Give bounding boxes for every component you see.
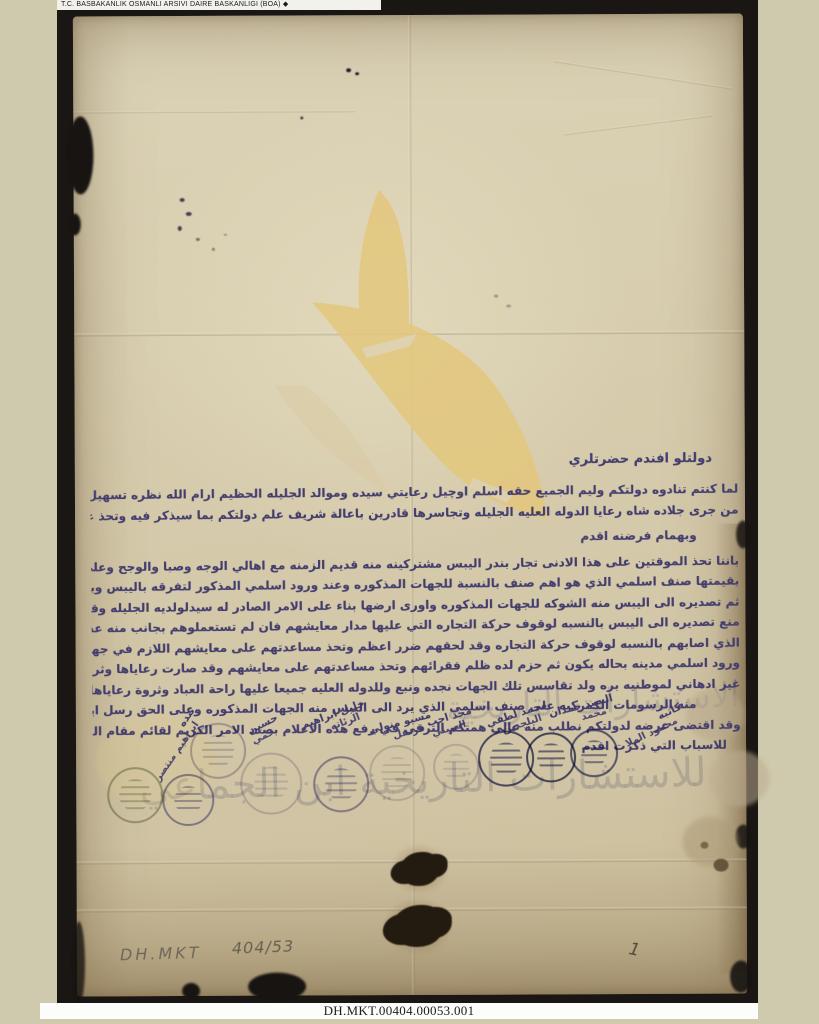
ink-seal	[313, 756, 369, 812]
document-paper: الاستشارات التاريخية للاستشارات التاريخي…	[73, 14, 747, 997]
screenshot-root: { "archive_bar": { "label": "T.C. BASBAK…	[0, 0, 819, 1024]
ink-seal	[107, 767, 163, 823]
pencil-docket-number: 404/53	[232, 936, 295, 957]
ink-seal	[162, 774, 214, 826]
ink-seal	[570, 729, 618, 777]
ink-seal	[369, 745, 425, 801]
archive-header-label: T.C. BASBAKANLIK OSMANLI ARSIVI DAIRE BA…	[57, 0, 381, 10]
ink-seal	[240, 752, 302, 814]
ink-seal	[433, 744, 479, 790]
caption-strip: DH.MKT.00404.00053.001	[40, 1003, 758, 1019]
seal-layer	[73, 14, 747, 997]
pencil-fond-code: DH.MKT	[120, 943, 202, 964]
reference-code: DH.MKT.00404.00053.001	[324, 1003, 475, 1019]
ink-seal	[190, 723, 246, 779]
ink-seal	[526, 732, 576, 782]
